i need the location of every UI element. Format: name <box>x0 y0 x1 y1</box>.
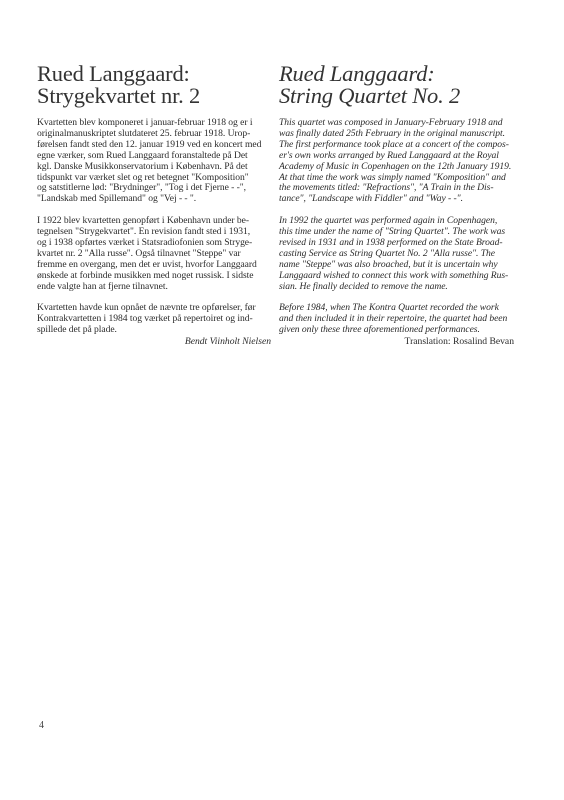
text-line: egne værker, som Rued Langgaard foransta… <box>37 151 273 162</box>
english-paragraph-2: In 1992 the quartet was performed again … <box>279 216 517 292</box>
danish-paragraph-3: Kvartetten havde kun opnået de nævnte tr… <box>37 303 273 336</box>
english-paragraph-3: Before 1984, when The Kontra Quartet rec… <box>279 303 517 336</box>
text-line: tance", "Landscape with Fiddler" and "Wa… <box>279 194 517 205</box>
danish-title: Rued Langgaard: Strygekvartet nr. 2 <box>37 63 273 107</box>
text-line: Langgaard wished to connect this work wi… <box>279 271 517 282</box>
danish-paragraph-1: Kvartetten blev komponeret i januar-febr… <box>37 118 273 205</box>
english-title: Rued Langgaard: String Quartet No. 2 <box>279 63 517 107</box>
english-title-line-2: String Quartet No. 2 <box>279 83 460 108</box>
text-line: ønskede at forbinde musikken med noget r… <box>37 271 273 282</box>
danish-title-line-2: Strygekvartet nr. 2 <box>37 83 200 108</box>
text-line: ende valgte han at fjerne tilnavnet. <box>37 282 273 293</box>
text-line: kgl. Danske Musikkonservatorium i Københ… <box>37 162 273 173</box>
english-paragraph-1: This quartet was composed in January-Feb… <box>279 118 517 205</box>
text-line: er's own works arranged by Rued Langgaar… <box>279 151 517 162</box>
text-line: sian. He finally decided to remove the n… <box>279 282 517 293</box>
page-number: 4 <box>39 720 44 731</box>
text-line: Academy of Music in Copenhagen on the 12… <box>279 162 517 173</box>
text-line: given only these three aforementioned pe… <box>279 325 517 336</box>
text-line: "Landskab med Spillemand" og "Vej - - ". <box>37 194 273 205</box>
text-line: spillede det på plade. <box>37 325 273 336</box>
author-signature: Bendt Viinholt Nielsen <box>37 337 273 348</box>
english-column: Rued Langgaard: String Quartet No. 2 Thi… <box>279 63 517 348</box>
translator-credit: Translation: Rosalind Bevan <box>279 337 517 348</box>
danish-paragraph-2: I 1922 blev kvartetten genopført i Køben… <box>37 216 273 292</box>
danish-column: Rued Langgaard: Strygekvartet nr. 2 Kvar… <box>37 63 273 348</box>
